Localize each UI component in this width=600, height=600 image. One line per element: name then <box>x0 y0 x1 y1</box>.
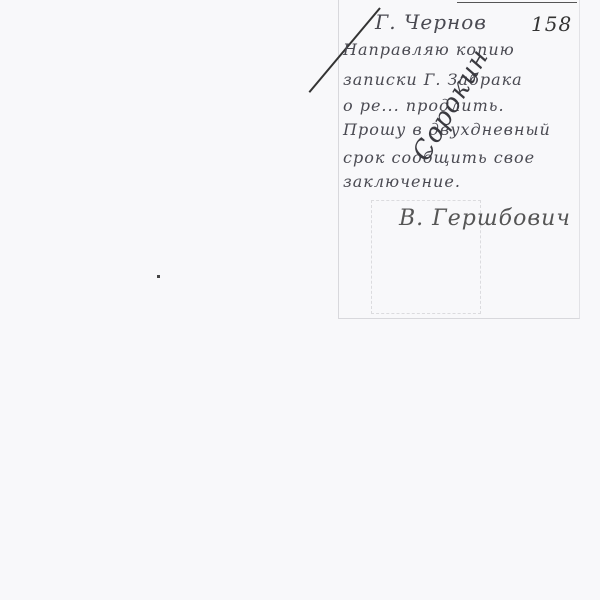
body-line: записки Г. Забрака <box>343 70 523 89</box>
body-line: о ре... продлить. <box>343 96 505 115</box>
signature: В. Гершбович <box>399 206 571 231</box>
ink-speck <box>157 275 160 278</box>
top-rule <box>457 2 577 3</box>
scanned-page: Г. Чернов 158 Направляю копию записки Г.… <box>0 0 600 600</box>
handwritten-note: Г. Чернов 158 Направляю копию записки Г.… <box>338 0 580 319</box>
body-line: заключение. <box>343 172 461 191</box>
page-number: 158 <box>531 12 572 36</box>
addressee: Г. Чернов <box>375 10 487 34</box>
